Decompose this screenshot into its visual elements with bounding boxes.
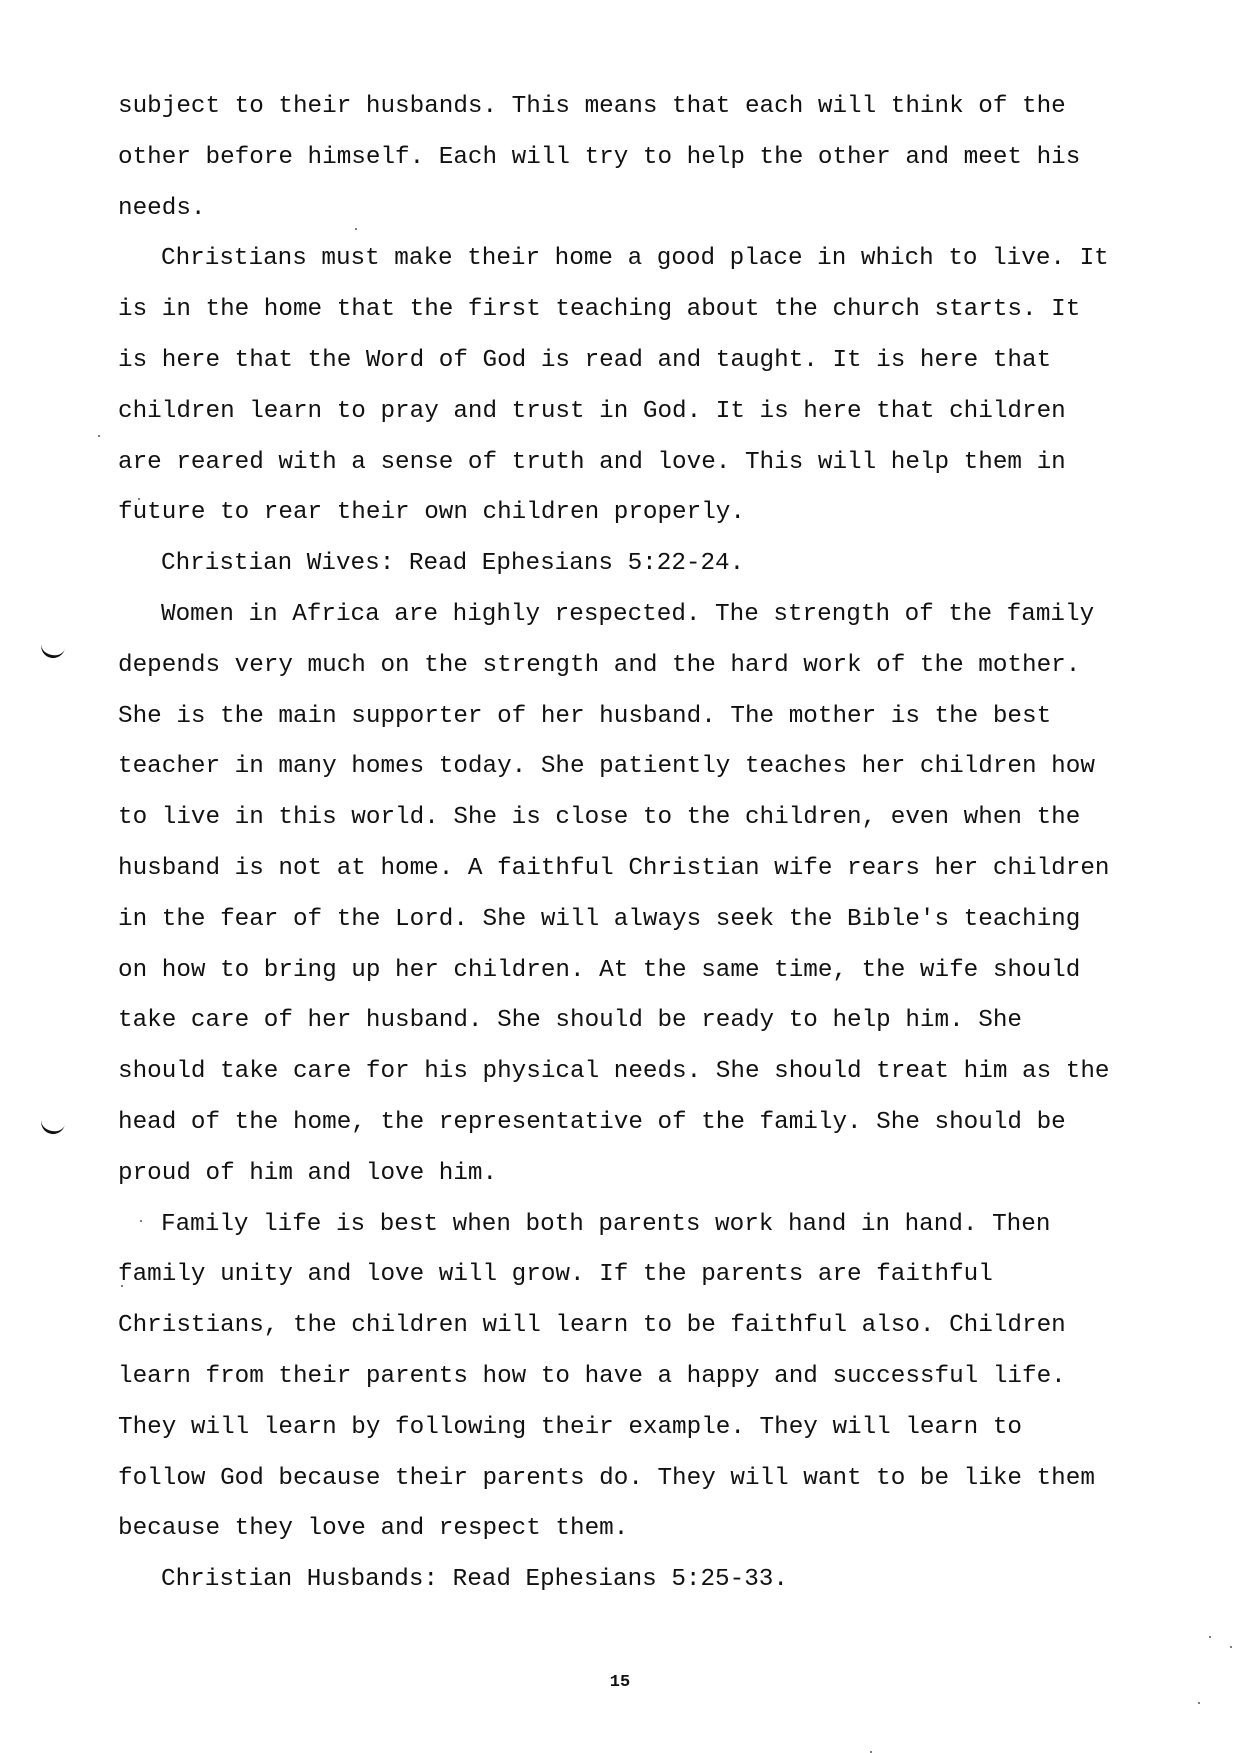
text-line: learn from their parents how to have a h…: [118, 1352, 1198, 1403]
scan-speck: [355, 228, 357, 230]
text-line: is in the home that the first teaching a…: [118, 285, 1198, 336]
scan-mark: [39, 1119, 65, 1137]
body-text: subject to their husbands. This means th…: [118, 82, 1198, 1606]
page-number: 15: [600, 1672, 640, 1694]
scan-speck: [1198, 1702, 1200, 1704]
text-line: to live in this world. She is close to t…: [118, 793, 1198, 844]
text-line: should take care for his physical needs.…: [118, 1047, 1198, 1098]
text-line: family unity and love will grow. If the …: [118, 1250, 1198, 1301]
text-line: They will learn by following their examp…: [118, 1403, 1198, 1454]
section-heading-christian-wives: Christian Wives: Read Ephesians 5:22-24.: [118, 539, 1198, 590]
text-line: head of the home, the representative of …: [118, 1098, 1198, 1149]
text-line: teacher in many homes today. She patient…: [118, 742, 1198, 793]
text-line: is here that the Word of God is read and…: [118, 336, 1198, 387]
text-line: because they love and respect them.: [118, 1504, 1198, 1555]
scan-speck: [121, 1285, 123, 1287]
text-line: are reared with a sense of truth and lov…: [118, 438, 1198, 489]
text-line: needs.: [118, 184, 1198, 235]
text-line: depends very much on the strength and th…: [118, 641, 1198, 692]
text-line: follow God because their parents do. The…: [118, 1454, 1198, 1505]
paragraph-start-line: Christians must make their home a good p…: [118, 234, 1198, 285]
text-line: children learn to pray and trust in God.…: [118, 387, 1198, 438]
scan-speck: [140, 1220, 142, 1222]
text-line: Christians, the children will learn to b…: [118, 1301, 1198, 1352]
scan-speck: [1230, 1646, 1232, 1648]
scan-speck: [1209, 1636, 1211, 1638]
text-line: in the fear of the Lord. She will always…: [118, 895, 1198, 946]
text-line: on how to bring up her children. At the …: [118, 946, 1198, 997]
paragraph-start-line: Family life is best when both parents wo…: [118, 1200, 1198, 1251]
text-line: subject to their husbands. This means th…: [118, 82, 1198, 133]
text-line: future to rear their own children proper…: [118, 488, 1198, 539]
text-line: take care of her husband. She should be …: [118, 996, 1198, 1047]
scan-mark: [39, 643, 65, 661]
text-line: proud of him and love him.: [118, 1149, 1198, 1200]
paragraph-start-line: Women in Africa are highly respected. Th…: [118, 590, 1198, 641]
document-page: subject to their husbands. This means th…: [0, 0, 1240, 1753]
text-line: husband is not at home. A faithful Chris…: [118, 844, 1198, 895]
text-line: other before himself. Each will try to h…: [118, 133, 1198, 184]
text-line: She is the main supporter of her husband…: [118, 692, 1198, 743]
scan-speck: [98, 435, 100, 437]
section-heading-christian-husbands: Christian Husbands: Read Ephesians 5:25-…: [118, 1555, 1198, 1606]
scan-speck: [138, 498, 140, 500]
